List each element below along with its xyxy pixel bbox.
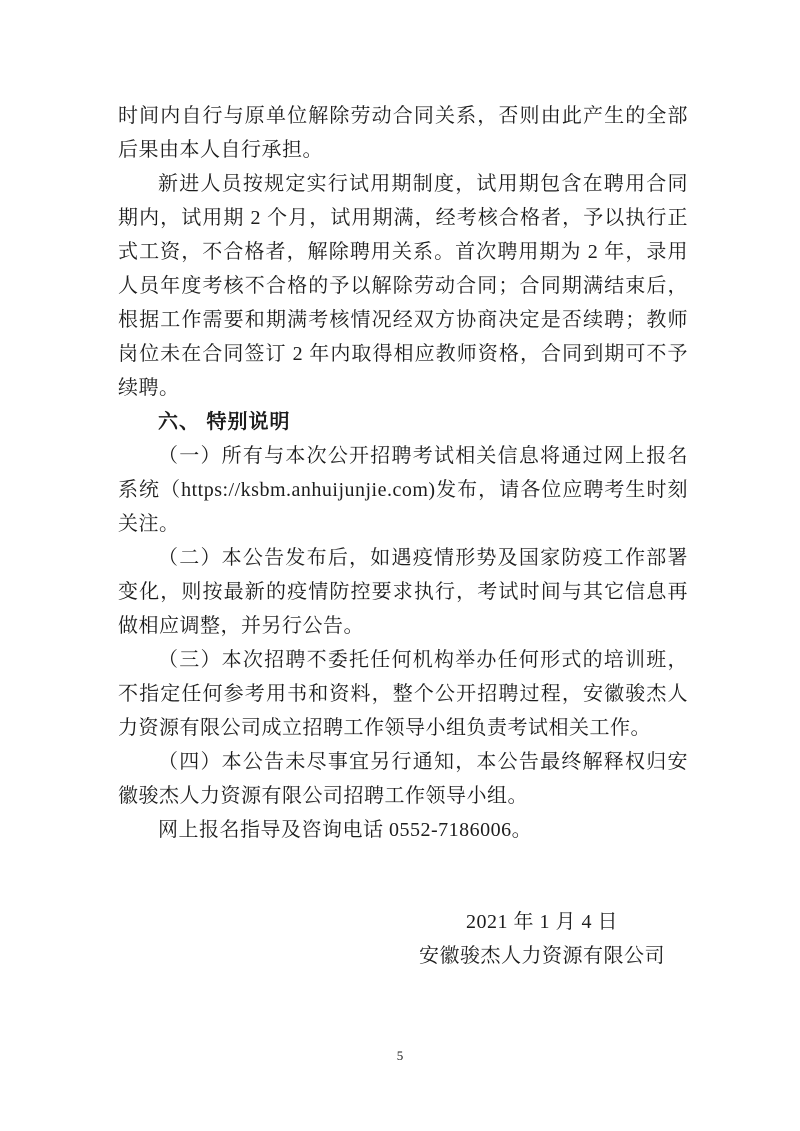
paragraph-probation-period: 新进人员按规定实行试用期制度，试用期包含在聘用合同期内，试用期 2 个月，试用期… bbox=[118, 167, 688, 405]
signature-block: 2021 年 1 月 4 日 安徽骏杰人力资源有限公司 bbox=[418, 905, 666, 973]
paragraph-note-1-registration-site: （一）所有与本次公开招聘考试相关信息将通过网上报名系统（https://ksbm… bbox=[118, 439, 688, 541]
document-page: 时间内自行与原单位解除劳动合同关系，否则由此产生的全部后果由本人自行承担。 新进… bbox=[0, 0, 800, 1131]
signature-company: 安徽骏杰人力资源有限公司 bbox=[418, 939, 666, 973]
paragraph-contract-termination: 时间内自行与原单位解除劳动合同关系，否则由此产生的全部后果由本人自行承担。 bbox=[118, 99, 688, 167]
paragraph-consult-phone: 网上报名指导及咨询电话 0552-7186006。 bbox=[118, 813, 688, 847]
paragraph-note-4-interpretation-right: （四）本公告未尽事宜另行通知，本公告最终解释权归安徽骏杰人力资源有限公司招聘工作… bbox=[118, 745, 688, 813]
heading-special-notes: 六、 特别说明 bbox=[118, 405, 688, 439]
paragraph-note-2-epidemic-adjustment: （二）本公告发布后，如遇疫情形势及国家防疫工作部署变化，则按最新的疫情防控要求执… bbox=[118, 541, 688, 643]
page-number: 5 bbox=[0, 1048, 800, 1064]
document-body: 时间内自行与原单位解除劳动合同关系，否则由此产生的全部后果由本人自行承担。 新进… bbox=[118, 99, 688, 973]
signature-date: 2021 年 1 月 4 日 bbox=[418, 905, 666, 939]
paragraph-note-3-no-training-class: （三）本次招聘不委托任何机构举办任何形式的培训班，不指定任何参考用书和资料，整个… bbox=[118, 643, 688, 745]
